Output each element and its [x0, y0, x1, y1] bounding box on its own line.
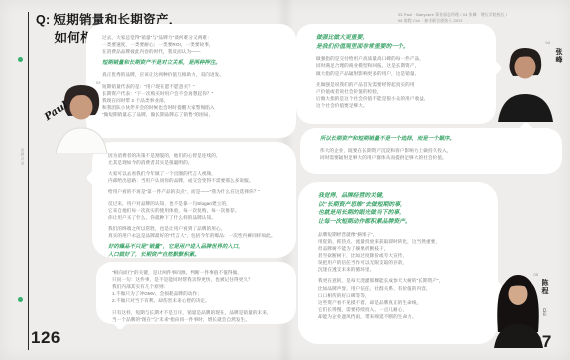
paragraph: 大家可以去看我们今年做了一个出圈的代言人视频， 内部给出思路：当用户认同你的品牌… — [108, 170, 284, 184]
handwritten-highlight: 好的爆品不只是“销量”，它是用户进入品牌世界的入口， 入口做好了，长期资产自然默… — [108, 243, 284, 259]
photo-cici: 05 陈程 Cici — [486, 268, 558, 348]
handwritten-highlight: 短期销量和长期资产不是对立关系，是两种押注。 — [102, 59, 284, 67]
paragraph: 只有这样，短期与长期才不是互斥，销量是品牌的现在，品牌是销量的未来， 当一个品牌… — [112, 309, 284, 323]
magazine-spread: Q: 短期销量和长期资产， 如何相向而行？ 品牌对谈 126 03 Paul ·… — [0, 0, 570, 360]
paragraph: 我更在意的，是每天浇灌那棵能长成参天大树的“长期资产”， 比如品牌声誉、用户信任… — [318, 277, 486, 320]
speech-bubble-zhangfeng-2: 所以长期资产和短期销量不是一个选择，而是一个顺序。 伟大的企业，既要在长期资产沉… — [300, 128, 562, 174]
paragraph: 品牌短期经营就像“摘果子”， 用促销、抓热点、流量投放来获取即时转化，这当然重要… — [318, 231, 486, 274]
paragraph: 我们的终端之所以常胜，也是让用户看到了品牌的用心。 真实的用户永远是品牌最好的“… — [108, 225, 284, 239]
speech-bubble-zhangfeng-1: 做强比做大更重要， 是我们价值观里面非常重要的一个。 做强指的是交付给用户高质量… — [296, 24, 496, 124]
paragraph: 过去，大家总觉得“销量”与“品牌力”谈何难分又两难： 一类要速度，一类要耐心；一… — [102, 34, 284, 55]
speaker-name-english: Cici — [542, 308, 547, 316]
paragraph: 给用户看的不再是“第一件产品的卖点”，而是——“我为什么在这选择你？” — [108, 188, 284, 195]
margin-vertical-label: 品牌对谈 — [21, 148, 26, 166]
speaker-name: 陈程 — [541, 279, 548, 295]
speech-bubble-cici-1: 我觉得，品牌经营的关键， 以“长期资产思维”去做短期的事， 也就是用长期的眼光做… — [298, 182, 498, 344]
paragraph: “相向而行”的关键，是让两件事同源，判断一件事值不值得做， 只问一句：这件事，是… — [112, 269, 284, 305]
handwritten-highlight: 做强比做大更重要， 是我们价值观里面非常重要的一个。 — [316, 34, 484, 51]
paragraph: 反过来，用户对品牌的认知，也不是靠一句Slogan建立的， 它来自他们每一次真实… — [108, 200, 284, 221]
handwritten-highlight: 我觉得，品牌经营的关键， 以“长期资产思维”去做短期的事， 也就是用长期的眼光做… — [318, 192, 486, 227]
handwritten-highlight: 所以长期资产和短期销量不是一个选择，而是一个顺序。 — [320, 135, 550, 143]
speaker-name: 张峰 — [555, 48, 562, 64]
speakers-header: 03 Paul · Babycare 事业部总经理 / 04 张峰 · 增长学院… — [398, 12, 560, 24]
margin-dot-icon — [18, 297, 23, 302]
paragraph: 短期销量代表的是：“用户现在愿不愿意买？” 长期资产代表：“下一次购买时用户会不… — [102, 83, 284, 119]
paragraph: 伟大的企业，既要在长期资产沉淀和客户影响力上做持久投入， 同时需要辐射足够大的用… — [320, 147, 550, 161]
paragraph: 做强指的是交付给用户高质量高口碑的每一件产品， 同时满足合理的商业模型和回报，这… — [316, 55, 484, 76]
question-mark-label: Q: — [36, 12, 51, 47]
speaker-number: 03 — [96, 80, 100, 85]
speech-bubble-paul-3: “相向而行”的关键，是让两件事同源，判断一件事值不值得做， 只问一句：这件事，是… — [96, 262, 296, 324]
photo-zhangfeng: 04 张峰 — [496, 40, 570, 122]
paragraph: 真正优秀的品牌，应该让这两种价值互相助力，双向迸发。 — [102, 71, 284, 78]
margin-dot-icon — [18, 57, 23, 62]
paragraph: 因为消费者的决策不是割裂的，他们的心智是连续的， 尤其是现如今的消费者其实是很聪… — [108, 152, 284, 166]
page-number-left: 126 — [31, 328, 61, 348]
speech-bubble-paul-2: 因为消费者的决策不是割裂的，他们的心智是连续的， 尤其是现如今的消费者其实是很聪… — [92, 142, 296, 258]
left-vertical-rule — [28, 12, 29, 350]
speaker-number: 04 — [546, 40, 550, 45]
paragraph: 先做强是说我们的产品首先需要经得起真实的用 户价值或者说社会价值的检验， 后做大… — [316, 81, 484, 109]
speaker-number: 05 — [534, 272, 538, 277]
photo-paul: 03 Paul — [40, 80, 120, 154]
